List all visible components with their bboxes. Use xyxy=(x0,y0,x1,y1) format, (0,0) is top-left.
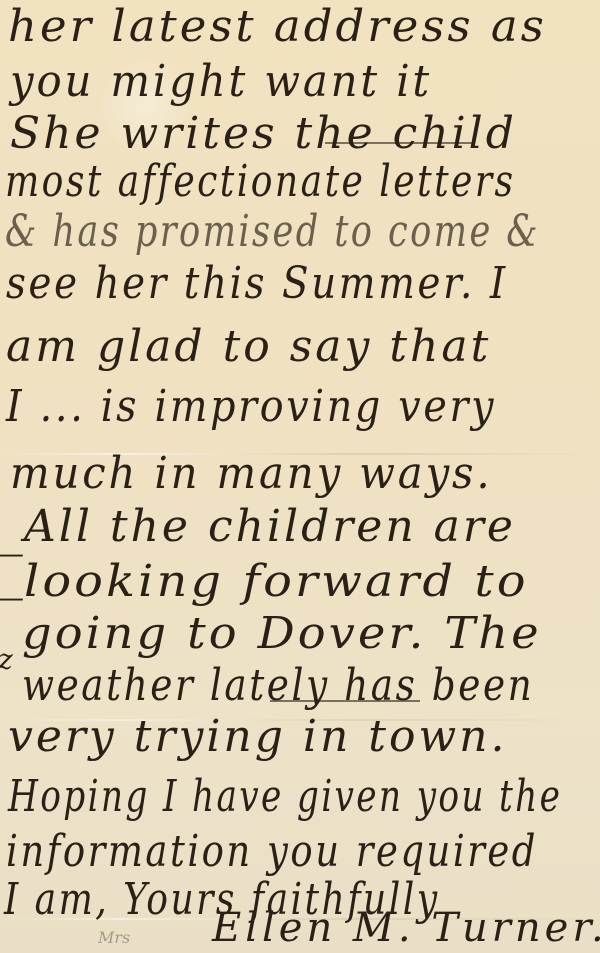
letter-line: weather lately has been xyxy=(22,664,534,708)
letter-line: She writes the child xyxy=(10,112,517,156)
letter-line: I ... is improving very xyxy=(6,385,496,429)
signature: Ellen M. Turner. xyxy=(212,905,600,951)
letter-line: most affectionate letters xyxy=(5,160,516,204)
letter-line: information you required xyxy=(6,830,538,874)
margin-fragment: — xyxy=(0,540,24,568)
letter-line: very trying in town. xyxy=(8,715,507,759)
pencil-annotation: Mrs xyxy=(98,928,130,947)
margin-fragment: z xyxy=(0,646,13,674)
letter-line: you might want it xyxy=(10,60,432,104)
letter-line: Hoping I have given you the xyxy=(8,775,562,819)
letter-page: — — z her latest address as you might wa… xyxy=(0,0,600,953)
letter-line: & has promised to come & xyxy=(5,210,540,254)
letter-line: looking forward to xyxy=(24,560,529,604)
letter-line: much in many ways. xyxy=(10,452,492,496)
letter-line: am glad to say that xyxy=(6,325,491,369)
letter-line: see her this Summer. I xyxy=(6,262,508,306)
margin-fragment: — xyxy=(0,584,24,612)
letter-line: her latest address as xyxy=(8,5,547,49)
letter-line: going to Dover. The xyxy=(22,612,542,656)
letter-line: All the children are xyxy=(24,505,516,549)
